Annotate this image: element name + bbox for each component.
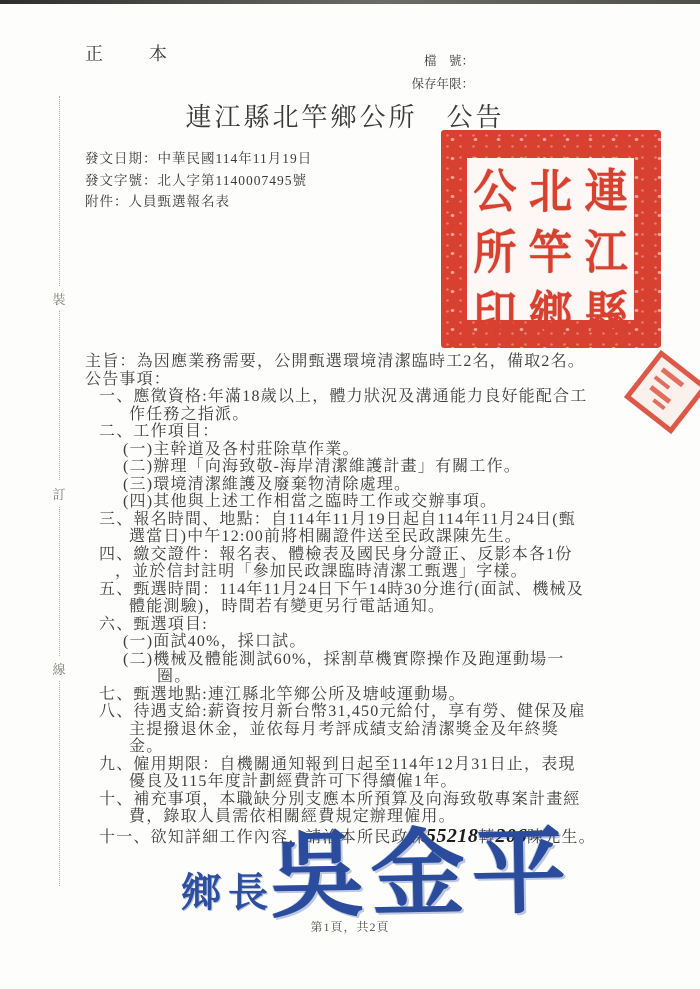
- seal-character: 所: [467, 217, 523, 283]
- body-line: 一、應徵資格:年滿18歲以上，體力狀況及溝通能力良好能配合工: [99, 388, 630, 406]
- body-line: 六、甄選項目:: [99, 616, 630, 634]
- file-meta-block: 檔 號： 保存年限：: [398, 50, 474, 96]
- body-line: 八、待遇支給:薪資按月新台幣31,450元給付，享有勞、健保及雇: [99, 703, 630, 721]
- body-line: 九、僱用期限：自機關通知報到日起至114年12月31日止，表現: [99, 756, 630, 774]
- page-number: 第1頁，共2頁: [0, 918, 700, 935]
- signature-name-stamp: 吳金平: [269, 825, 574, 924]
- body-line: (三)環境清潔維護及廢棄物清除處理。: [123, 476, 630, 494]
- attachment-row: 附件：人員甄選報名表: [85, 191, 312, 213]
- seal-character: 江: [578, 217, 634, 283]
- body-line: (二)辦理「向海致敬-海岸清潔維護計畫」有關工作。: [123, 458, 630, 476]
- issue-date-row: 發文日期：中華民國114年11月19日: [85, 148, 312, 170]
- body-line: 五、甄選時間：114年11月24日下午14時30分進行(面試、機械及: [99, 581, 630, 599]
- corner-seal-icon: [624, 350, 700, 434]
- issue-meta-block: 發文日期：中華民國114年11月19日 發文字號：北人字第1140007495號…: [85, 148, 312, 213]
- body-line: 三、報名時間、地點：自114年11月19日起自114年11月24日(甄: [99, 511, 630, 529]
- body-line: (一)主幹道及各村莊除草作業。: [123, 441, 630, 459]
- attachment-value: 人員甄選報名表: [129, 194, 231, 209]
- body-line: 二、工作項目：: [99, 423, 630, 441]
- file-number-label: 檔 號：: [398, 50, 474, 73]
- binding-mark: 訂: [51, 481, 67, 506]
- document-title: 連江縣北竿鄉公所 公告: [0, 97, 690, 134]
- body-line: 作任務之指派。: [129, 406, 630, 424]
- body-line: 主旨：為因應業務需要，公開甄選環境清潔臨時工2名，備取2名。: [85, 353, 630, 371]
- body-line: 圈。: [157, 668, 630, 686]
- body-line: 體能測驗)，時間若有變更另行電話通知。: [129, 598, 630, 616]
- document-page: 正 本 檔 號： 保存年限： 連江縣北竿鄉公所 公告 發文日期：中華民國114年…: [0, 0, 700, 989]
- seal-character: 鄉: [523, 278, 579, 344]
- issue-date-label: 發文日期：: [85, 151, 158, 166]
- seal-character: 竿: [523, 217, 579, 283]
- body-line: (二)機械及體能測試60%，採割草機實際操作及跑運動場一: [123, 651, 630, 669]
- seal-character: 北: [523, 156, 579, 222]
- scan-edge-artifact: [0, 0, 700, 4]
- binding-mark: 線: [51, 656, 67, 681]
- official-seal-grid: 公北連所竿江印鄉縣: [467, 158, 634, 320]
- doc-number-label: 發文字號：: [85, 173, 158, 188]
- body-line: (四)其他與上述工作相當之臨時工作或交辦事項。: [123, 493, 630, 511]
- body-line: 選當日)中午12:00前將相關證件送至民政課陳先生。: [129, 528, 630, 546]
- body-line: (一)面試40%，採口試。: [123, 633, 630, 651]
- doc-number-row: 發文字號：北人字第1140007495號: [85, 170, 312, 192]
- body-line: 公告事項：: [85, 371, 630, 389]
- issue-date-value: 中華民國114年11月19日: [158, 151, 313, 166]
- body-line: 十、補充事項，本職缺分別支應本所預算及向海致敬專案計畫經: [99, 791, 630, 809]
- retention-label: 保存年限：: [398, 73, 474, 96]
- signature-title: 鄉長: [181, 861, 275, 918]
- copy-type-label: 正 本: [85, 40, 181, 66]
- announcement-body: 主旨：為因應業務需要，公開甄選環境清潔臨時工2名，備取2名。公告事項：一、應徵資…: [85, 353, 630, 846]
- body-line: 四、繳交證件：報名表、體檢表及國民身分證正、反影本各1份: [99, 546, 630, 564]
- body-line: 金。: [129, 738, 630, 756]
- body-line: 主提撥退休金，並依每月考評成績支給清潔獎金及年終獎: [129, 721, 630, 739]
- body-line: 優良及115年度計劃經費許可下得續僱1年。: [129, 773, 630, 791]
- seal-character: 縣: [578, 278, 634, 344]
- binding-mark: 裝: [51, 286, 67, 311]
- attachment-label: 附件：: [85, 194, 129, 209]
- official-seal: 公北連所竿江印鄉縣: [441, 130, 661, 348]
- doc-number-value: 北人字第1140007495號: [158, 173, 308, 188]
- seal-character: 印: [467, 278, 523, 344]
- seal-character: 連: [578, 156, 634, 222]
- seal-character: 公: [467, 156, 523, 222]
- body-line: ，並於信封註明「參加民政課臨時清潔工甄選」字樣。: [115, 563, 630, 581]
- body-line: 七、甄選地點:連江縣北竿鄉公所及塘岐運動場。: [99, 686, 630, 704]
